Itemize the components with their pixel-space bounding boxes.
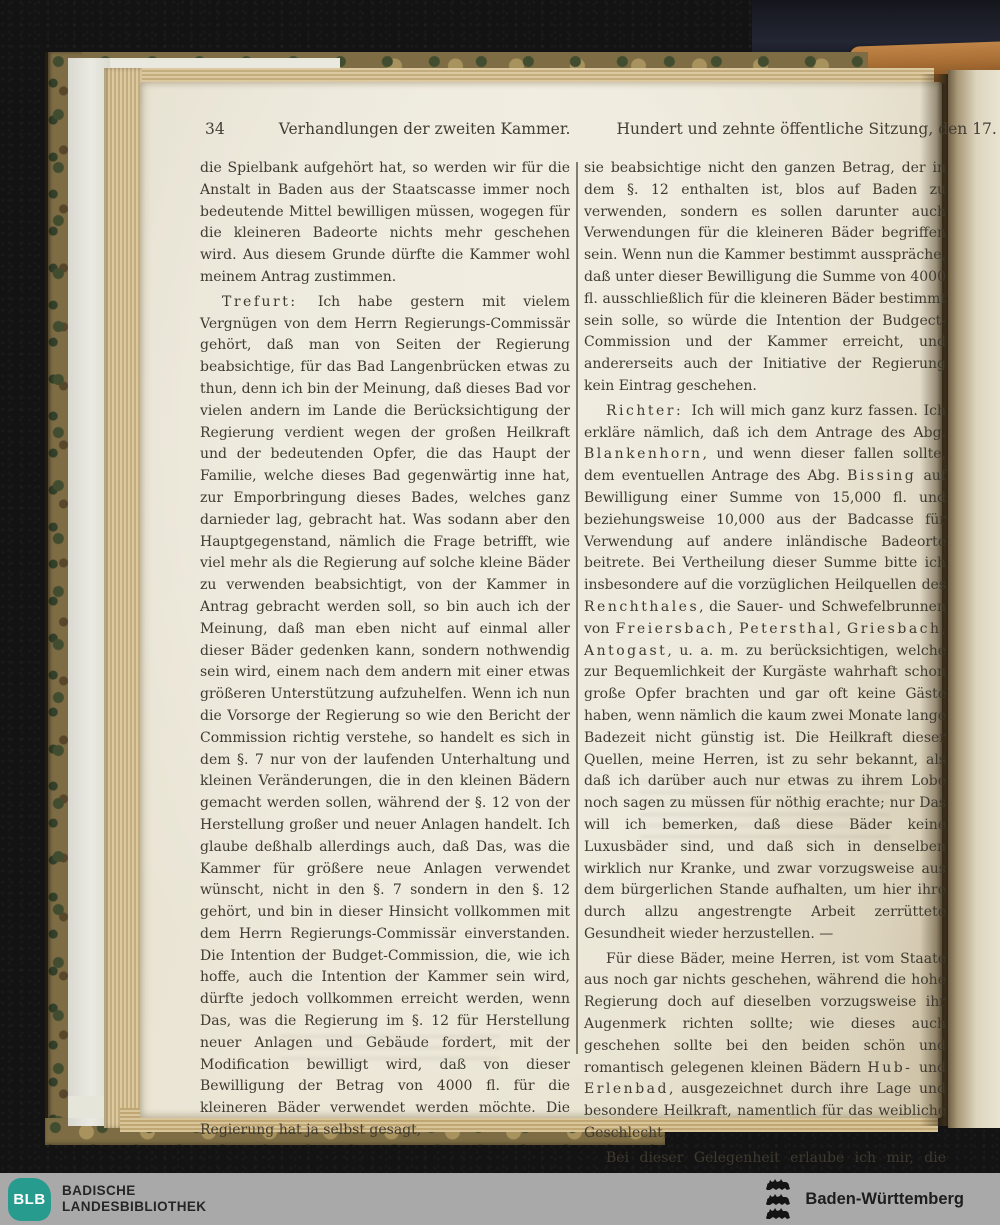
text-paragraph: die Spielbank aufgehört hat, so werden w… [200, 158, 570, 289]
text-paragraph: Für diese Bäder, meine Herren, ist vom S… [584, 949, 946, 1145]
library-name-line1: BADISCHE [62, 1183, 206, 1199]
text-paragraph: sie beabsichtige nicht den ganzen Betrag… [584, 158, 946, 398]
page-text-body: die Spielbank aufgehört hat, so werden w… [200, 158, 948, 1213]
library-footer-bar: BLB BADISCHE LANDESBIBLIOTHEK Baden-Würt… [0, 1173, 1000, 1225]
library-name: BADISCHE LANDESBIBLIOTHEK [62, 1183, 206, 1215]
text-paragraph: Richter: Ich will mich ganz kurz fassen.… [584, 401, 946, 946]
state-label: Baden-Württemberg [805, 1190, 964, 1209]
blb-logo: BLB [8, 1178, 51, 1221]
header-left-title: Verhandlungen der zweiten Kammer. [279, 120, 571, 138]
digitized-book-scan: 34Verhandlungen der zweiten Kammer.Hunde… [0, 0, 1000, 1225]
facing-page-edge [948, 70, 1000, 1128]
page-header: 34Verhandlungen der zweiten Kammer.Hunde… [205, 120, 945, 138]
right-text-column: sie beabsichtige nicht den ganzen Betrag… [584, 158, 946, 1213]
page-stack-left-edge [104, 68, 142, 1128]
text-paragraph: Trefurt: Ich habe gestern mit vielem Ver… [200, 292, 570, 1142]
state-branding: Baden-Württemberg [763, 1178, 964, 1220]
header-right-title: Hundert und zehnte öffentliche Sitzung, … [616, 120, 1000, 138]
library-name-line2: LANDESBIBLIOTHEK [62, 1199, 206, 1215]
column-divider-rule [576, 162, 578, 1054]
baden-wuerttemberg-coat-of-arms-icon [763, 1178, 793, 1220]
page-number: 34 [205, 120, 225, 138]
left-text-column: die Spielbank aufgehört hat, so werden w… [200, 158, 570, 1213]
